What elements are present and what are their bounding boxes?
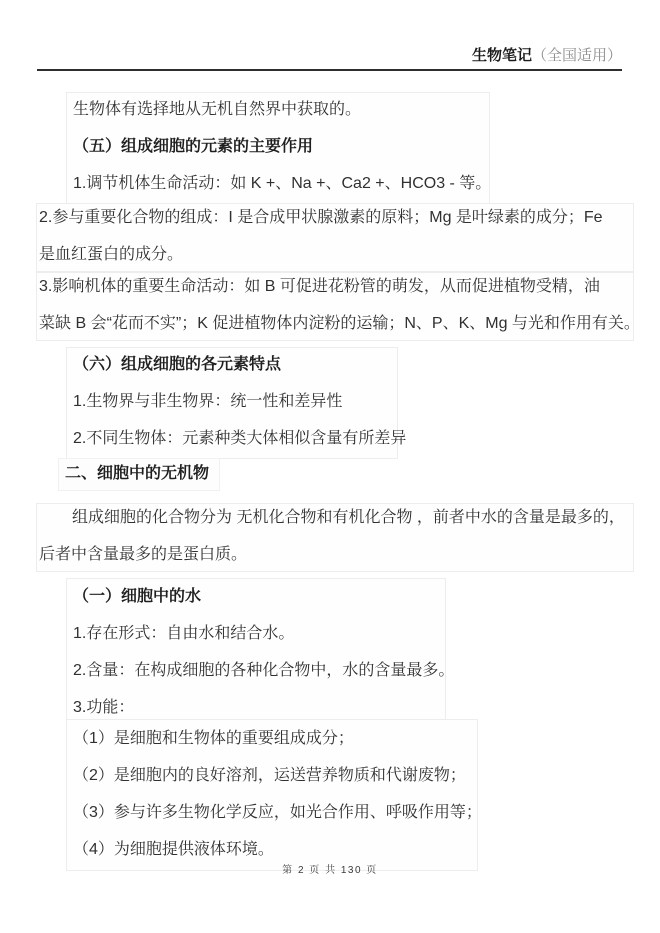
text-line: 是血红蛋白的成分。 xyxy=(39,244,633,266)
header-subtitle: （全国适用） xyxy=(532,48,622,64)
element-traits-box: （六）组成细胞的各元素特点 1.生物界与非生物界：统一性和差异性 2.不同生物体… xyxy=(66,347,398,459)
page-header: 生物笔记（全国适用） xyxy=(472,44,622,65)
section-five-heading: （五）组成细胞的元素的主要作用 xyxy=(73,136,489,158)
section-two-heading: 二、细胞中的无机物 xyxy=(58,458,220,491)
text-line: 3.影响机体的重要生命活动：如 B 可促进花粉管的萌发，从而促进植物受精，油 xyxy=(39,276,633,298)
list-item-function-1: （1）是细胞和生物体的重要组成成分； xyxy=(73,728,477,750)
text-line: 菜缺 B 会“花而不实”；K 促进植物体内淀粉的运输；N、P、K、Mg 与光和作… xyxy=(39,313,633,335)
page-footer: 第 2 页 共 130 页 xyxy=(0,860,660,878)
paragraph-life-activities: 3.影响机体的重要生命活动：如 B 可促进花粉管的萌发，从而促进植物受精，油 菜… xyxy=(36,272,634,341)
section-six-heading: （六）组成细胞的各元素特点 xyxy=(73,354,397,376)
list-item-function-3: （3）参与许多生物化学反应，如光合作用、呼吸作用等； xyxy=(73,802,477,824)
list-item-water-forms: 1.存在形式：自由水和结合水。 xyxy=(73,623,445,645)
text-line: 组成细胞的化合物分为 无机化合物和有机化合物 ，前者中水的含量是最多的， xyxy=(39,507,633,529)
water-functions-box: （1）是细胞和生物体的重要组成成分； （2）是细胞内的良好溶剂，运送营养物质和代… xyxy=(66,719,478,871)
element-acquisition-box: 生物体有选择地从无机自然界中获取的。 （五）组成细胞的元素的主要作用 1.调节机… xyxy=(66,92,490,204)
header-title: 生物笔记 xyxy=(472,47,532,64)
header-divider xyxy=(37,69,622,71)
section-one-water-heading: （一）细胞中的水 xyxy=(73,586,445,608)
list-item-function-4: （4）为细胞提供液体环境。 xyxy=(73,839,477,861)
paragraph-compound-composition: 2.参与重要化合物的组成：I 是合成甲状腺激素的原料；Mg 是叶绿素的成分；Fe… xyxy=(36,203,634,272)
list-item-regulate-activity: 1.调节机体生命活动：如 K +、Na +、Ca2 +、HCO3 - 等。 xyxy=(73,173,489,195)
list-item-bio-nonbio: 1.生物界与非生物界：统一性和差异性 xyxy=(73,391,397,413)
page-number: 第 2 页 共 130 页 xyxy=(282,865,378,876)
list-item-different-organisms: 2.不同生物体：元素种类大体相似含量有所差异 xyxy=(73,428,397,450)
document-page: 生物笔记（全国适用） 生物体有选择地从无机自然界中获取的。 （五）组成细胞的元素… xyxy=(0,0,660,933)
water-section-box: （一）细胞中的水 1.存在形式：自由水和结合水。 2.含量：在构成细胞的各种化合… xyxy=(66,578,446,729)
list-item-function-2: （2）是细胞内的良好溶剂，运送营养物质和代谢废物； xyxy=(73,765,477,787)
text-line: 2.参与重要化合物的组成：I 是合成甲状腺激素的原料；Mg 是叶绿素的成分；Fe xyxy=(39,207,633,229)
list-item-water-content: 2.含量：在构成细胞的各种化合物中，水的含量最多。 xyxy=(73,660,445,682)
text-line: 后者中含量最多的是蛋白质。 xyxy=(39,544,633,566)
intro-text: 生物体有选择地从无机自然界中获取的。 xyxy=(73,99,489,121)
list-item-water-function-label: 3.功能： xyxy=(73,697,445,719)
paragraph-cell-compounds: 组成细胞的化合物分为 无机化合物和有机化合物 ，前者中水的含量是最多的， 后者中… xyxy=(36,503,634,572)
